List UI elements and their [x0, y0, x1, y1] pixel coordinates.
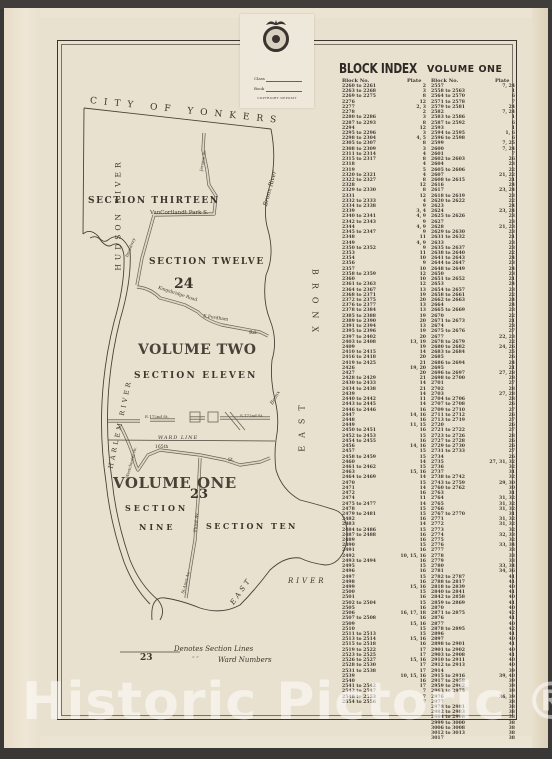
label-section-ten: SECTION TEN	[206, 521, 298, 531]
bottom-shadow	[0, 748, 552, 759]
label-hudson-river: HUDSON RIVER	[114, 115, 123, 315]
legend-section-lines-text: Denotes Section Lines	[174, 645, 253, 653]
label-st: St.	[228, 458, 234, 463]
label-section-thirteen: SECTION THIRTEEN	[88, 196, 220, 206]
legend-ward-numbers-text: Ward Numbers	[218, 656, 272, 664]
label-section-nine-b: NINE	[139, 522, 175, 532]
label-section-eleven: SECTION ELEVEN	[134, 371, 258, 381]
label-bronx: BRONX	[311, 245, 320, 365]
label-east: EAST	[298, 385, 307, 465]
label-east-river-b: RIVER	[288, 577, 326, 585]
index-title: BLOCK INDEX	[339, 62, 417, 77]
watermark: Historic Pictoric ®	[22, 672, 552, 732]
label-van-cortlandt: VanCortlandt Park S.	[150, 210, 208, 216]
label-165th: 165th	[155, 445, 168, 450]
legend-ditto: ” ”	[192, 656, 199, 662]
label-volume-one: VOLUME ONE	[113, 474, 237, 492]
label-ward-24: 24	[174, 276, 193, 292]
index-plate-number: 38	[509, 736, 515, 741]
label-section-nine-a: SECTION	[125, 503, 188, 513]
label-e172: E.172nd St.	[145, 414, 169, 419]
west-border	[83, 108, 84, 234]
index-right-column: 25577, 242558 to 256312564 to 257062571 …	[431, 84, 515, 742]
index-left-column: 2260 to 226122263 to 226832269 to 227582…	[342, 84, 426, 705]
label-rd: Rd.	[249, 330, 258, 336]
legend-ward-sample: 23	[140, 653, 153, 663]
index-subtitle: VOLUME ONE	[427, 64, 502, 75]
label-section-twelve: SECTION TWELVE	[149, 257, 265, 267]
label-ward-23: 23	[190, 487, 208, 502]
label-volume-two: VOLUME TWO	[138, 342, 256, 358]
index-row: 301738	[431, 736, 515, 741]
label-ward-line: WARD LINE	[158, 435, 198, 441]
index-block-number: 3017	[431, 736, 444, 741]
label-s172: S.172nd St.	[240, 413, 264, 418]
